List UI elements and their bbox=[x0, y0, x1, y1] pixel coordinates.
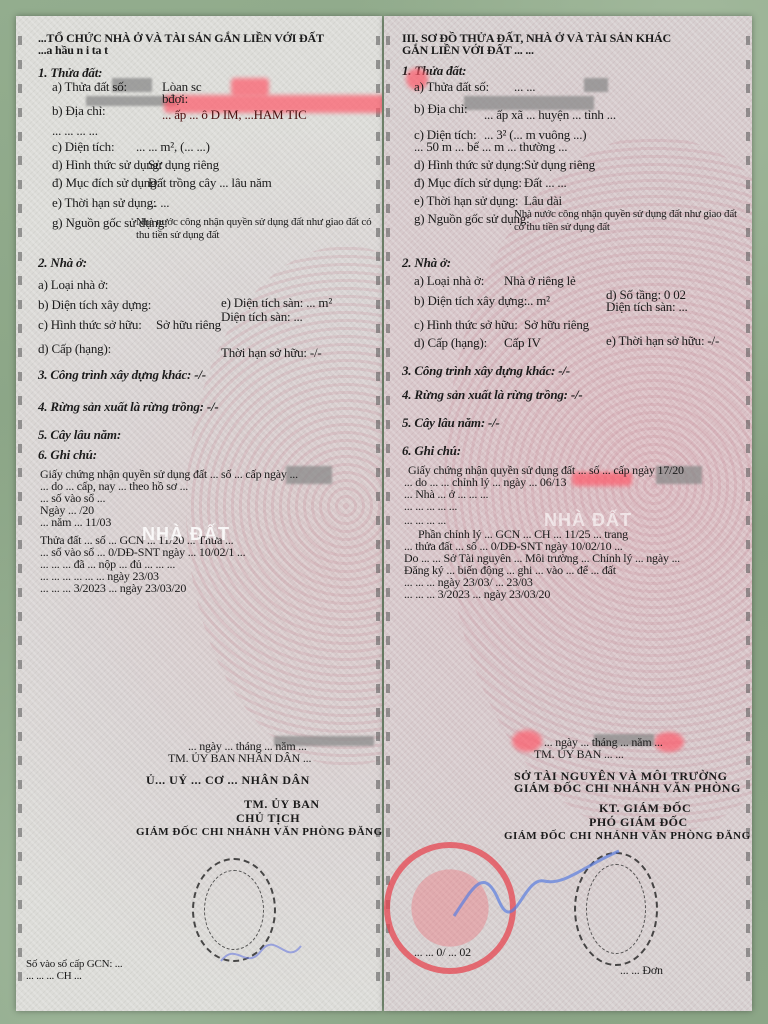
field-value: e) Thời hạn sở hữu: -/- bbox=[606, 334, 719, 347]
redaction-highlight bbox=[231, 78, 269, 96]
note-line: ... ... ... 3/2023 ... ngày 23/03/20 bbox=[404, 588, 550, 601]
issuing-authority: GIÁM ĐỐC CHI NHÁNH VĂN PHÒNG ĐĂNG KÝ ĐẤT… bbox=[136, 826, 382, 839]
signatory-title: CHỦ TỊCH bbox=[236, 812, 300, 825]
note-line: ... ... ... 3/2023 ... ngày 23/03/20 bbox=[40, 582, 186, 595]
signatory-title: PHÓ GIÁM ĐỐC bbox=[589, 816, 688, 829]
page-edge-marks bbox=[386, 36, 390, 991]
field-value: ... ... ... ... bbox=[52, 124, 98, 137]
note-line: ... ... ... ... bbox=[404, 514, 446, 527]
signatory-title: TM. ỦY BAN bbox=[244, 798, 320, 811]
field-label: d) Cấp (hạng): bbox=[414, 336, 487, 349]
field-value: ... ấp ... ô D IM, ...HAM TIC bbox=[162, 108, 307, 121]
field-value: Sử dụng riêng bbox=[524, 158, 595, 171]
field-label: e) Thời hạn sử dụng: bbox=[414, 194, 518, 207]
field-label: b) Địa chỉ: bbox=[414, 102, 467, 115]
section-title: 2. Nhà ở: bbox=[402, 256, 451, 269]
section-title: 1. Thửa đất: bbox=[38, 66, 102, 79]
section-title: 5. Cây lâu năm: bbox=[38, 428, 121, 441]
field-value: ... ... bbox=[514, 80, 535, 93]
section-title: 6. Ghi chú: bbox=[402, 444, 461, 457]
field-label: e) Thời hạn sử dụng: bbox=[52, 196, 156, 209]
watermark: NHÀ ĐẤT bbox=[142, 524, 230, 545]
signature bbox=[216, 936, 306, 976]
field-value: ... m² bbox=[524, 294, 550, 307]
field-label: d) Hình thức sử dụng: bbox=[52, 158, 162, 171]
registry-number: ... ... ... CH ... bbox=[26, 970, 82, 983]
field-value: Lâu dài bbox=[524, 194, 562, 207]
field-value: Diện tích sàn: ... bbox=[606, 300, 688, 313]
issuing-authority: GIÁM ĐỐC CHI NHÁNH VĂN PHÒNG bbox=[514, 782, 741, 795]
section-title: 6. Ghi chú: bbox=[38, 448, 97, 461]
section-title: 4. Rừng sản xuất là rừng trồng: -/- bbox=[38, 400, 219, 413]
stamp-caption: ... ... 0/ ... 02 bbox=[414, 946, 471, 959]
field-label: b) Diện tích xây dựng: bbox=[414, 294, 527, 307]
field-value: Sở hữu riêng bbox=[156, 318, 221, 331]
page-edge-marks bbox=[376, 36, 380, 991]
field-value: bđợi: bbox=[162, 92, 188, 105]
field-label: a) Thửa đất số: bbox=[414, 80, 489, 93]
field-value: Đất ... ... bbox=[524, 176, 567, 189]
section-title: 3. Công trình xây dựng khác: -/- bbox=[402, 364, 570, 377]
field-value: Cấp IV bbox=[504, 336, 541, 349]
field-label: a) Loại nhà ở: bbox=[38, 278, 108, 291]
signature-date: TM. ỦY BAN NHÂN DÂN ... bbox=[168, 752, 311, 765]
field-label: b) Địa chỉ: bbox=[52, 104, 105, 117]
field-label: c) Diện tích: bbox=[52, 140, 114, 153]
certificate-left-page: ...TỔ CHỨC NHÀ Ở VÀ TÀI SẢN GẮN LIỀN VỚI… bbox=[16, 16, 382, 1011]
field-label: g) Nguồn gốc sử dụng: bbox=[414, 212, 530, 225]
field-value: ... 50 m ... bể ... m ... thường ... bbox=[414, 140, 567, 153]
note-line: ... năm ... 11/03 bbox=[40, 516, 111, 529]
field-label: đ) Mục đích sử dụng: bbox=[414, 176, 522, 189]
signature bbox=[444, 846, 624, 926]
field-label: d) Cấp (hạng): bbox=[38, 342, 111, 355]
field-label: d) Hình thức sử dụng: bbox=[414, 158, 524, 171]
field-value: ... ... m², (... ...) bbox=[136, 140, 210, 153]
section-title: 5. Cây lâu năm: -/- bbox=[402, 416, 500, 429]
field-value: Sở hữu riêng bbox=[524, 318, 589, 331]
header-line: ...a hầu n i ta t bbox=[38, 44, 108, 57]
header-line: GẮN LIỀN VỚI ĐẤT ... ... bbox=[402, 44, 534, 57]
signatory-name: ... ... Đơn bbox=[620, 964, 663, 977]
field-label: c) Hình thức sở hữu: bbox=[38, 318, 142, 331]
field-value: Nhà nước công nhận quyền sử dụng đất như… bbox=[136, 216, 372, 242]
field-value: ... ... bbox=[148, 196, 169, 209]
field-value: Thời hạn sở hữu: -/- bbox=[221, 346, 322, 359]
note-line: ... ... ... ... ... bbox=[404, 500, 457, 513]
signature-date: TM. ỦY BAN ... ... bbox=[534, 748, 624, 761]
field-value: e) Diện tích sàn: ... m² bbox=[221, 296, 332, 309]
section-title: 2. Nhà ở: bbox=[38, 256, 87, 269]
field-value: Sử dụng riêng bbox=[148, 158, 219, 171]
field-label: a) Loại nhà ở: bbox=[414, 274, 484, 287]
issuing-authority: GIÁM ĐỐC CHI NHÁNH VĂN PHÒNG ĐĂNG KÝ ĐẤT… bbox=[504, 830, 752, 843]
section-title: 3. Công trình xây dựng khác: -/- bbox=[38, 368, 206, 381]
issuing-authority: Ủ... UỶ ... CƠ ... NHÂN DÂN bbox=[146, 774, 310, 787]
signatory-title: KT. GIÁM ĐỐC bbox=[599, 802, 691, 815]
field-label: a) Thửa đất số: bbox=[52, 80, 127, 93]
field-label: b) Diện tích xây dựng: bbox=[38, 298, 151, 311]
field-value: Nhà nước công nhận quyền sử dụng đất như… bbox=[514, 208, 742, 234]
page-edge-marks bbox=[18, 36, 22, 991]
field-value: Diện tích sàn: ... bbox=[221, 310, 303, 323]
field-value: Nhà ở riêng lẻ bbox=[504, 274, 576, 287]
certificate-right-page: III. SƠ ĐỒ THỬA ĐẤT, NHÀ Ở VÀ TÀI SẢN KH… bbox=[384, 16, 752, 1011]
field-value: ... ấp xã ... huyện ... tỉnh ... bbox=[484, 108, 616, 121]
redaction bbox=[584, 78, 608, 92]
field-value: Đất trồng cây ... lâu năm bbox=[148, 176, 272, 189]
field-label: đ) Mục đích sử dụng: bbox=[52, 176, 160, 189]
section-title: 4. Rừng sản xuất là rừng trồng: -/- bbox=[402, 388, 583, 401]
page-edge-marks bbox=[746, 36, 750, 991]
watermark: NHÀ ĐẤT bbox=[544, 510, 632, 531]
field-label: c) Hình thức sở hữu: bbox=[414, 318, 518, 331]
